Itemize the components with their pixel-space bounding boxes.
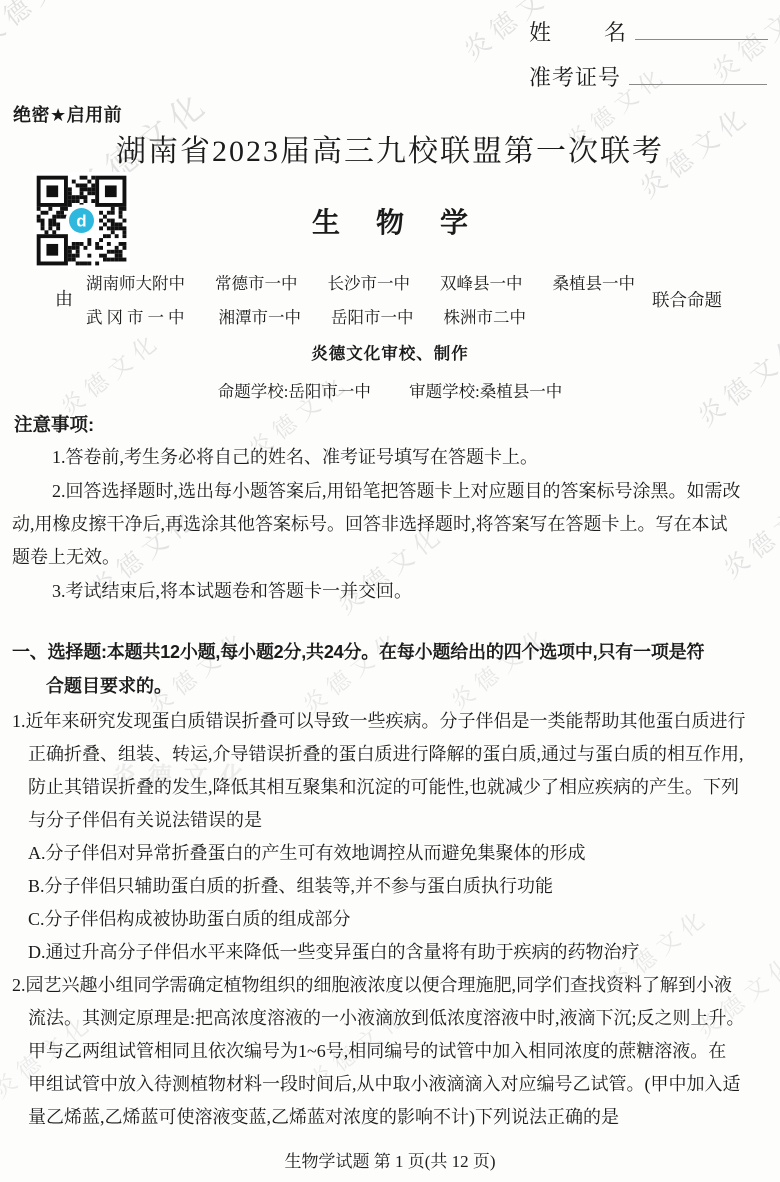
exam-title: 湖南省2023届高三九校联盟第一次联考 <box>0 126 780 170</box>
school-name: 湖南师大附中 <box>86 270 185 294</box>
name-label-first: 姓 <box>529 20 552 45</box>
school-name: 武冈市一中 <box>86 304 189 328</box>
notice-item-2-line-1: 2.回答选择题时,选出每小题答案后,用铅笔把答题卡上对应题目的答案标号涂黑。如需… <box>52 479 741 503</box>
production-credit: 炎德文化审校、制作 <box>0 340 780 364</box>
setter-reviewer-line: 命题学校:岳阳市一中 审题学校:桑植县一中 <box>0 378 780 402</box>
question-2-line-2: 流法。其测定原理是:把高浓度溶液的一小液滴放到低浓度溶液中时,液滴下沉;反之则上… <box>28 1006 745 1030</box>
exam-no-blank-line <box>629 62 767 85</box>
school-name: 桑植县一中 <box>553 270 636 294</box>
watermark: 炎德文化 <box>295 621 410 721</box>
candidate-name-field: 姓名 <box>529 16 768 47</box>
watermark: 炎德文化 <box>141 621 256 721</box>
organizer-prefix: 由 <box>55 285 73 311</box>
notice-item-2-line-2: 动,用橡皮擦干净后,再选涂其他答案标号。回答非选择题时,将答案写在答题卡上。写在… <box>12 512 728 536</box>
question-1-line-1: 1.近年来研究发现蛋白质错误折叠可以导致一些疾病。分子伴侣是一类能帮助其他蛋白质… <box>12 709 746 733</box>
school-name: 岳阳市一中 <box>331 304 414 328</box>
reviewer-school: 审题学校:桑植县一中 <box>409 382 562 401</box>
question-1-option-a: A.分子伴侣对异常折叠蛋白的产生可有效地调控从而避免集聚体的形成 <box>28 841 586 865</box>
question-1-line-3: 防止其错误折叠的发生,降低其相互聚集和沉淀的可能性,也就减少了相应疾病的产生。下… <box>28 775 739 799</box>
watermark: 炎德文化 <box>443 617 558 717</box>
watermark: 炎德文化 <box>0 0 95 54</box>
section-1-heading-line-2: 合题目要求的。 <box>46 674 172 698</box>
school-name: 湘潭市一中 <box>219 304 302 328</box>
notice-item-2-line-3: 题卷上无效。 <box>12 545 120 569</box>
school-name: 株洲市二中 <box>444 304 527 328</box>
schools-row-2: 武冈市一中 湘潭市一中 岳阳市一中 株洲市二中 <box>86 304 526 328</box>
watermark: 炎德文化 <box>53 323 168 423</box>
notices-title: 注意事项: <box>14 411 94 437</box>
notice-item-1: 1.答卷前,考生务必将自己的姓名、准考证号填写在答题卡上。 <box>52 445 538 469</box>
question-1-option-c: C.分子伴侣构成被协助蛋白质的组成部分 <box>28 907 351 931</box>
question-1-line-4: 与分子伴侣有关说法错误的是 <box>28 808 262 832</box>
exam-number-field: 准考证号 <box>529 61 767 92</box>
subject-title: 生物学 <box>0 201 780 241</box>
section-1-heading-line-1: 一、选择题:本题共12小题,每小题2分,共24分。在每小题给出的四个选项中,只有… <box>12 640 704 664</box>
question-2-line-5: 量乙烯蓝,乙烯蓝可使溶液变蓝,乙烯蓝对浓度的影响不计)下列说法正确的是 <box>28 1105 619 1129</box>
name-label-second: 名 <box>604 20 627 45</box>
question-2-line-4: 甲组试管中放入待测植物材料一段时间后,从中取小液滴滴入对应编号乙试管。(甲中加入… <box>28 1072 741 1096</box>
name-blank-line <box>635 17 768 40</box>
question-2-line-1: 2.园艺兴趣小组同学需确定植物组织的细胞液浓度以便合理施肥,同学们查找资料了解到… <box>12 973 732 997</box>
exam-no-label: 准考证号 <box>529 65 621 90</box>
question-1-line-2: 正确折叠、组装、转运,介导错误折叠的蛋白质进行降解的蛋白质,通过与蛋白质的相互作… <box>28 742 744 766</box>
schools-row-1: 湖南师大附中 常德市一中 长沙市一中 双峰县一中 桑植县一中 <box>86 270 635 294</box>
question-2-line-3: 甲与乙两组试管相同且依次编号为1~6号,相同编号的试管中加入相同浓度的蔗糖溶液。… <box>28 1039 726 1063</box>
setter-school: 命题学校:岳阳市一中 <box>218 382 371 401</box>
school-name: 长沙市一中 <box>328 270 411 294</box>
organizer-suffix: 联合命题 <box>652 287 722 312</box>
question-1-option-d: D.通过升高分子伴侣水平来降低一些变异蛋白的含量将有助于疾病的药物治疗 <box>28 940 640 964</box>
school-name: 双峰县一中 <box>440 270 523 294</box>
exam-paper-page: 炎德文化 炎德文化 炎德文化 炎德文化 炎德文化 炎德文化 炎德文化 炎德文化 … <box>0 0 780 1182</box>
school-name: 常德市一中 <box>215 270 298 294</box>
footer-page-label: 生物学试题 第 1 页(共 12 页) <box>0 1147 780 1172</box>
secrecy-notice: 绝密★启用前 <box>13 101 122 127</box>
question-1-option-b: B.分子伴侣只辅助蛋白质的折叠、组装等,并不参与蛋白质执行功能 <box>28 874 553 898</box>
notice-item-3: 3.考试结束后,将本试题卷和答题卡一并交回。 <box>52 579 412 603</box>
